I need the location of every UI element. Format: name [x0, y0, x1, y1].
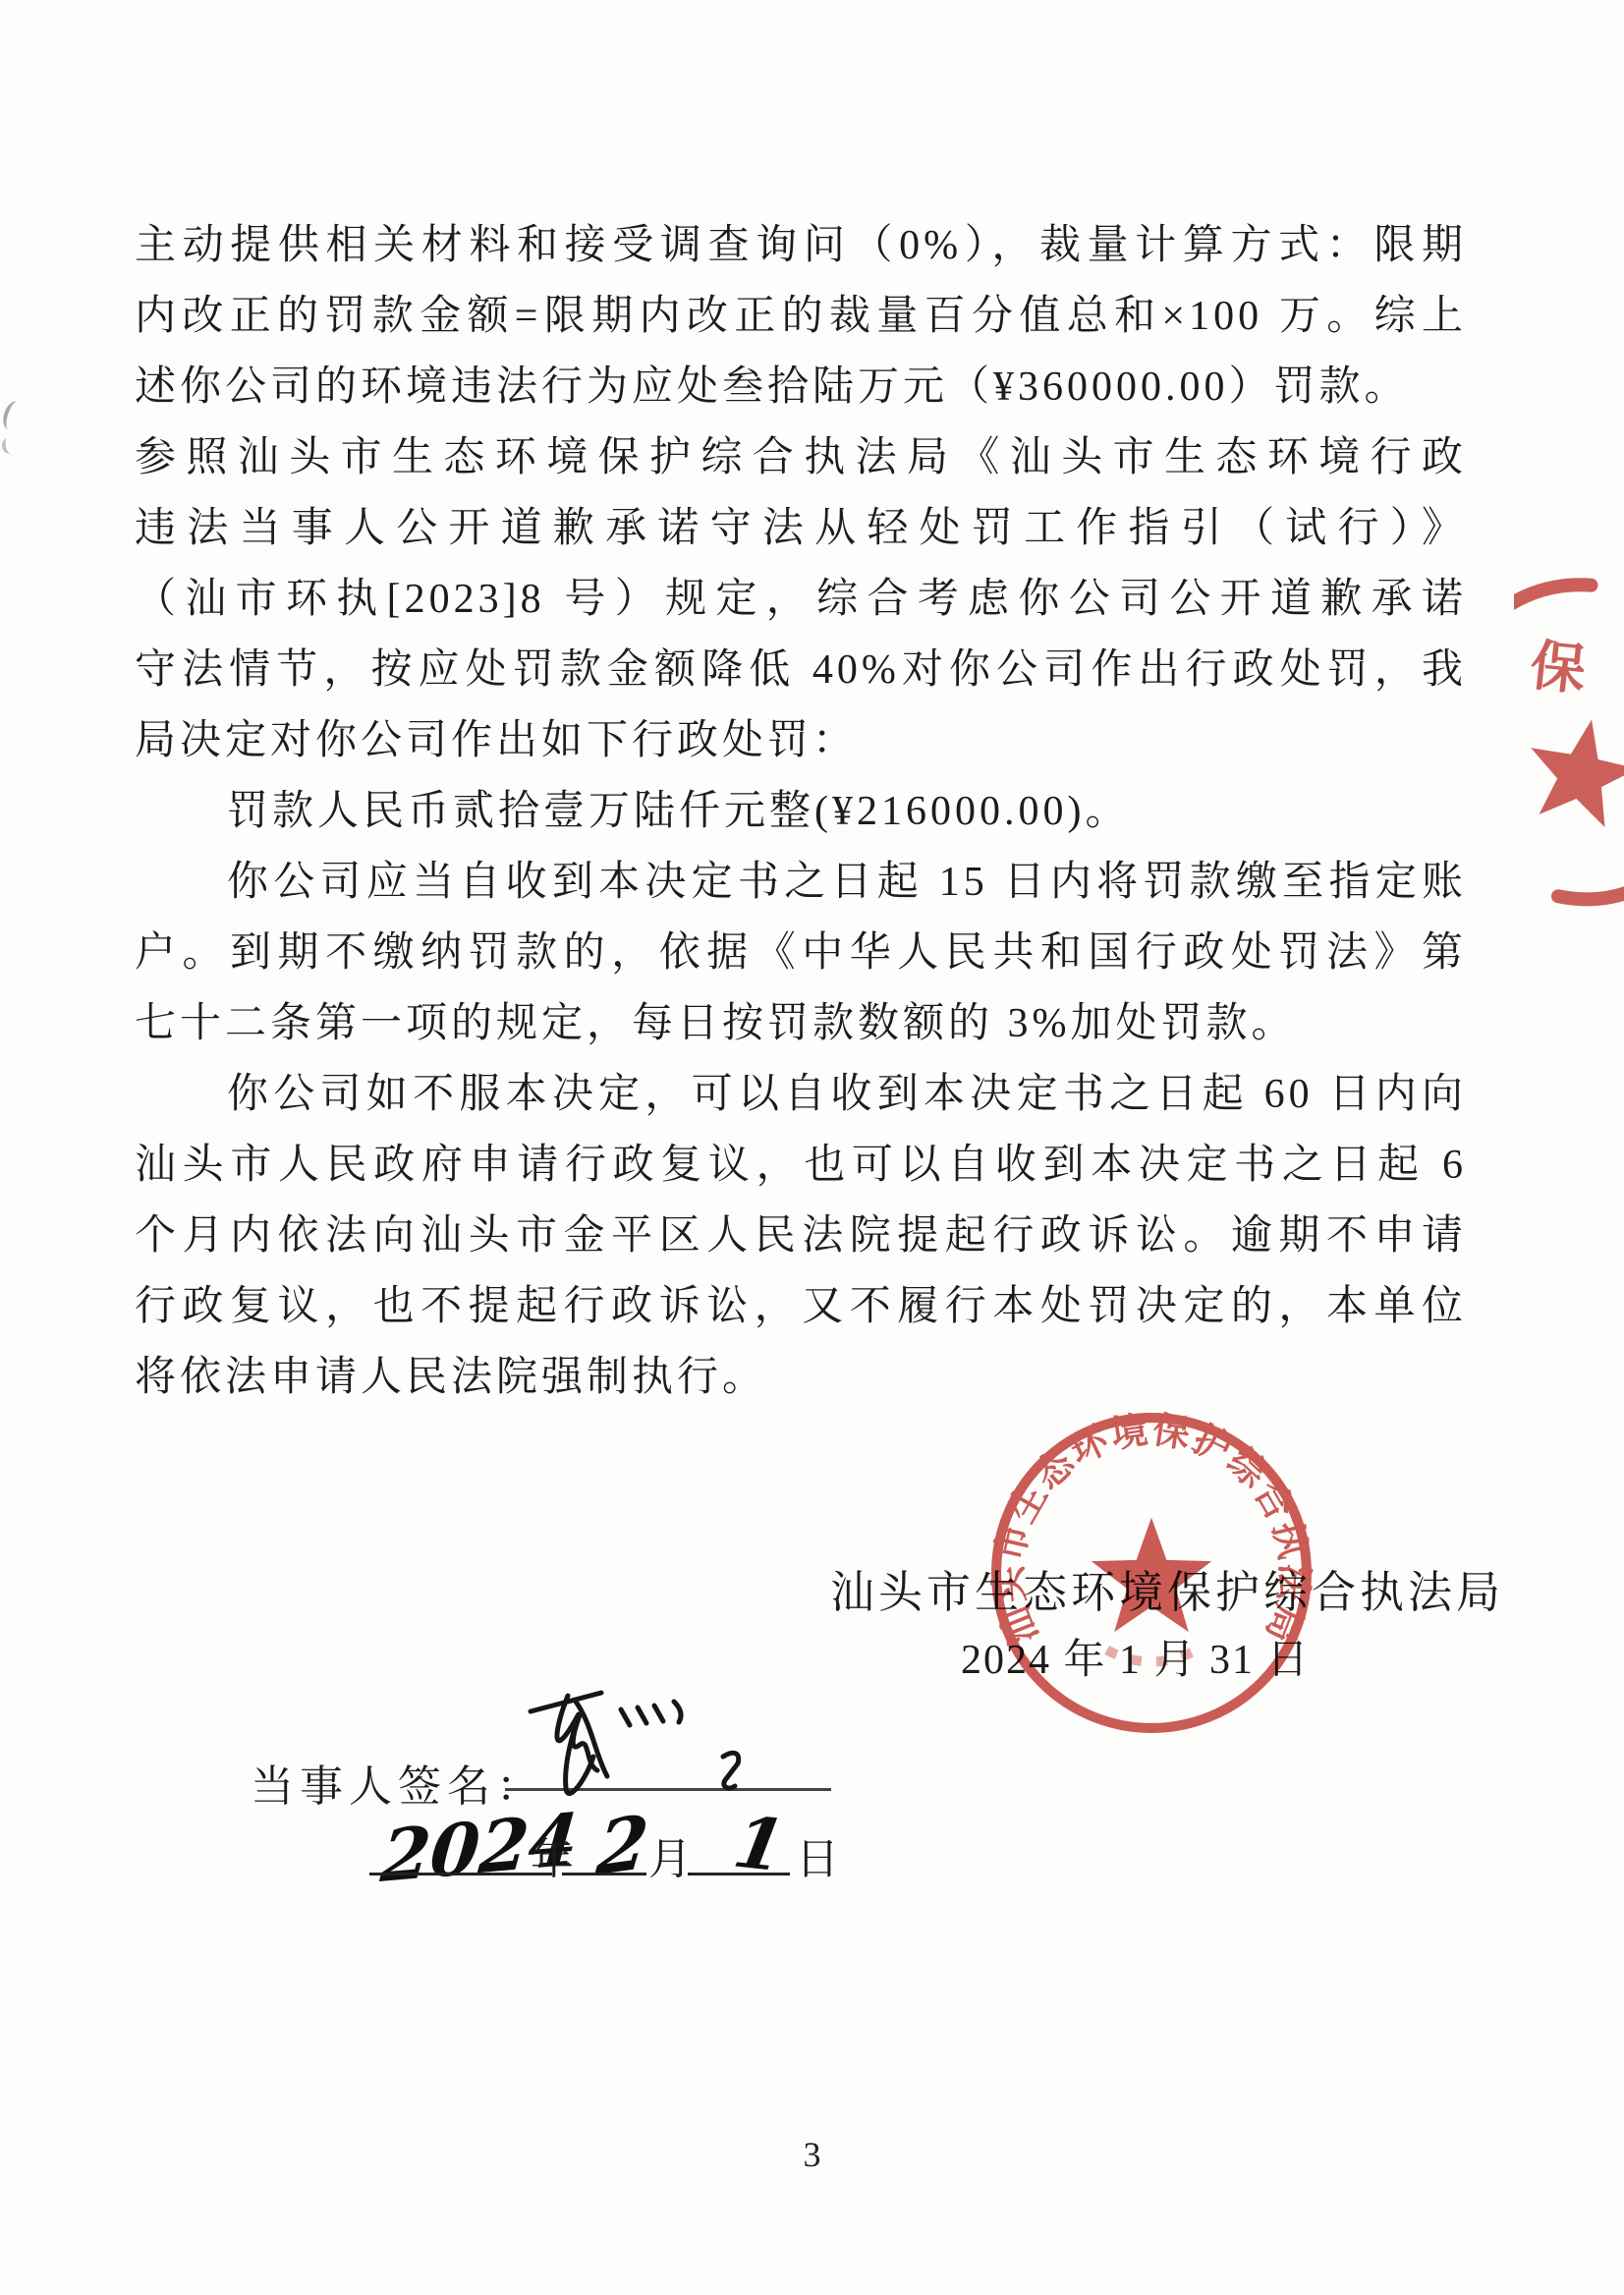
month-underline — [562, 1873, 646, 1875]
body-line: 罚款人民币贰拾壹万陆仟元整(¥216000.00)。 — [135, 776, 1467, 847]
body-line: 将依法申请人民法院强制执行。 — [135, 1342, 1467, 1413]
seal-star-icon — [1092, 1518, 1212, 1632]
year-unit-label: 年 — [531, 1823, 574, 1886]
seam-seal-stamp: 保 — [1514, 546, 1624, 939]
scan-speck — [0, 399, 26, 432]
day-unit-label: 日 — [796, 1823, 839, 1886]
body-line: 违法当事人公开道歉承诺守法从轻处罚工作指引（试行）》 — [135, 493, 1467, 564]
handwritten-month: 2 — [593, 1799, 652, 1892]
body-line: 汕头市人民政府申请行政复议，也可以自收到本决定书之日起 6 — [135, 1130, 1467, 1201]
seam-seal-top-arc — [1514, 581, 1593, 608]
scan-speck — [0, 437, 17, 456]
seam-seal-bottom-arc — [1558, 881, 1624, 906]
year-underline — [369, 1873, 552, 1875]
official-seal-graphic: 汕头市生态环境保护综合执法局 — [985, 1407, 1317, 1739]
body-line: 行政复议，也不提起行政诉讼，又不履行本处罚决定的，本单位 — [135, 1271, 1467, 1342]
month-unit-label: 月 — [648, 1823, 692, 1886]
body-text: 主动提供相关材料和接受调查询问（0%），裁量计算方式：限期 内改正的罚款金额=限… — [135, 210, 1467, 1413]
body-line: 户。到期不缴纳罚款的，依据《中华人民共和国行政处罚法》第 — [135, 918, 1467, 988]
body-line: 述你公司的环境违法行为应处叁拾陆万元（¥360000.00）罚款。 — [135, 352, 1467, 422]
body-line: （汕市环执[2023]8 号）规定，综合考虑你公司公开道歉承诺 — [135, 564, 1467, 635]
body-line: 你公司如不服本决定，可以自收到本决定书之日起 60 日内向 — [135, 1059, 1467, 1130]
seam-seal-star-icon — [1530, 717, 1624, 832]
official-seal-stamp: 汕头市生态环境保护综合执法局 — [985, 1407, 1317, 1739]
body-line: 主动提供相关材料和接受调查询问（0%），裁量计算方式：限期 — [135, 210, 1467, 281]
body-line: 内改正的罚款金额=限期内改正的裁量百分值总和×100 万。综上 — [135, 281, 1467, 352]
body-line: 局决定对你公司作出如下行政处罚： — [135, 705, 1467, 776]
body-line: 七十二条第一项的规定，每日按罚款数额的 3%加处罚款。 — [135, 988, 1467, 1059]
seam-seal-char: 保 — [1528, 636, 1589, 702]
seal-lower-marks — [1107, 1650, 1197, 1661]
seam-seal-graphic: 保 — [1514, 546, 1624, 939]
day-underline — [688, 1873, 790, 1875]
document-page: 主动提供相关材料和接受调查询问（0%），裁量计算方式：限期 内改正的罚款金额=限… — [0, 0, 1624, 2295]
page-number: 3 — [0, 2134, 1624, 2175]
handwritten-signature — [511, 1682, 786, 1815]
body-line: 参照汕头市生态环境保护综合执法局《汕头市生态环境行政 — [135, 422, 1467, 493]
body-line: 你公司应当自收到本决定书之日起 15 日内将罚款缴至指定账 — [135, 847, 1467, 918]
body-line: 个月内依法向汕头市金平区人民法院提起行政诉讼。逾期不申请 — [135, 1201, 1467, 1271]
body-line: 守法情节，按应处罚款金额降低 40%对你公司作出行政处罚，我 — [135, 635, 1467, 705]
